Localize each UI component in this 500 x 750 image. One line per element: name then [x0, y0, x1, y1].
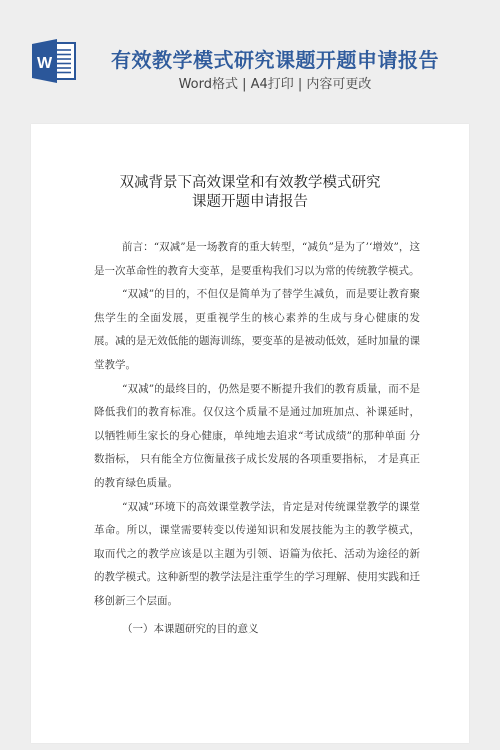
header-title: 有效教学模式研究课题开题申请报告 [110, 44, 440, 73]
document-body: 前言：“双减”是一场教育的重大转型，“减负”是为了’‘增效”，这是一次革命性的教… [94, 236, 420, 641]
document-title: 双减背景下高效课堂和有效教学模式研究 课题开题申请报告 [31, 174, 469, 212]
paragraph-ultimate-goal: “双减”的最终目的，仍然是要不断提升我们的教育质量，而不是降低我们的教育标准。仅… [94, 378, 420, 496]
svg-text:W: W [37, 55, 53, 72]
header-banner: W 有效教学模式研究课题开题申请报告 Word格式 | A4打印 | 内容可更改 [0, 0, 500, 124]
header-subtitle: Word格式 | A4打印 | 内容可更改 [110, 73, 440, 92]
paragraph-purpose: “双减”的目的，不但仅是简单为了替学生减负，而是要让教育聚焦学生的全面发展，更重… [94, 283, 420, 377]
document-title-line-1: 双减背景下高效课堂和有效教学模式研究 [31, 174, 469, 193]
paragraph-preface: 前言：“双减”是一场教育的重大转型，“减负”是为了’‘增效”，这是一次革命性的教… [94, 236, 420, 283]
paragraph-efficient-classroom: “双减”环境下的高效课堂教学法，肯定是对传统课堂教学的课堂革命。所以，课堂需要转… [94, 496, 420, 614]
document-title-line-2: 课题开题申请报告 [31, 193, 469, 212]
word-document-icon: W [30, 39, 77, 83]
document-page: 双减背景下高效课堂和有效教学模式研究 课题开题申请报告 前言：“双减”是一场教育… [31, 124, 469, 743]
section-heading: （一）本课题研究的目的意义 [94, 618, 420, 642]
